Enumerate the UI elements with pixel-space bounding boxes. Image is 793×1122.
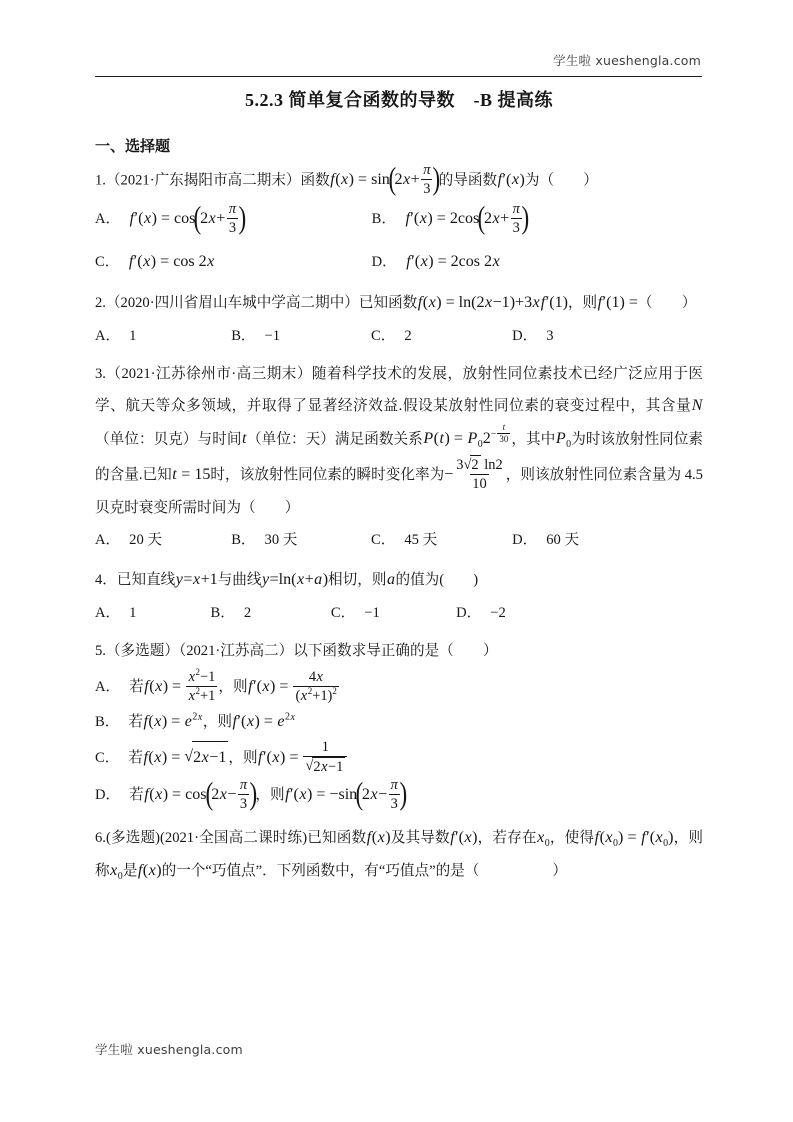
radicand: 2 [470, 455, 480, 474]
option-content: 若f(x) = x2−1x2+1，则f′(x) = 4x(x2+1)2 [129, 679, 340, 695]
math-text: − [227, 786, 236, 803]
radical-sign: √ [463, 456, 471, 474]
math-expression: x0 [537, 829, 550, 846]
footer-watermark: 学生啦 xueshengla.com [95, 1040, 243, 1058]
math-text: ) = [163, 678, 185, 695]
text-run: ，则 [218, 679, 247, 695]
math-text: ( [149, 786, 154, 803]
math-variable: x [154, 749, 162, 766]
numerator: π [421, 161, 433, 179]
math-text: ( [148, 749, 153, 766]
math-text: ′( [134, 253, 143, 270]
big-paren: ) [238, 201, 246, 233]
text-run: 为（ ） [525, 172, 598, 188]
option-label: B． [231, 532, 255, 548]
math-variable: P [555, 430, 566, 447]
big-paren: ) [400, 777, 408, 809]
big-paren: ) [522, 201, 530, 233]
math-expression: y=x+1 [175, 571, 217, 588]
math-expression: f′(x) = cos(2x+π3) [129, 210, 244, 227]
math-variable: x [492, 253, 500, 270]
text-run: 与曲线 [218, 572, 262, 588]
question-block-q1: 1.（2021·广东揭阳市高二期末）函数f(x) = sin(2x+π3)的导函… [95, 162, 703, 279]
fraction: 1√2x−1 [303, 738, 347, 776]
options-group: A．若f(x) = x2−1x2+1，则f′(x) = 4x(x2+1)2B．若… [95, 669, 703, 814]
math-expression: f(x0) = f′(x0) [594, 829, 673, 846]
math-expression: t = 15 [172, 466, 211, 483]
option-label: A． [95, 211, 120, 227]
math-variable: x [110, 862, 118, 879]
text-run: 2.（2020·四川省眉山车城中学高二期中）已知函数 [95, 295, 417, 311]
math-text: − [444, 466, 453, 483]
text-run: 若 [129, 787, 144, 803]
math-variable: e [277, 713, 285, 730]
big-paren: ( [205, 777, 213, 809]
superscript: 2x [192, 712, 202, 723]
text-run: 及其导数 [391, 830, 450, 846]
math-variable: x [316, 669, 323, 685]
option-content: 60 天 [546, 532, 579, 548]
math-expression: f′(x) = e2x [232, 713, 295, 730]
question-stem: 1.（2021·广东揭阳市高二期末）函数f(x) = sin(2x+π3)的导函… [95, 162, 703, 199]
radicand: 2x−1 [192, 741, 228, 775]
denominator: 3 [238, 794, 249, 813]
big-paren: ) [432, 162, 440, 194]
big-paren: ( [356, 777, 364, 809]
math-text: ′( [410, 210, 419, 227]
option-content: 20 天 [129, 532, 162, 548]
option: A．f′(x) = cos(2x+π3) [95, 201, 372, 238]
math-text: ) = [254, 713, 276, 730]
text-run: 1.（2021·广东揭阳市高二期末）函数 [95, 172, 330, 188]
math-expression: f′(x) [497, 171, 525, 188]
math-variable: x [300, 688, 307, 704]
text-run: 2 [244, 605, 251, 621]
text-run: 的导函数 [439, 172, 497, 188]
option-label: B． [95, 714, 119, 730]
denominator: 3 [389, 794, 400, 813]
math-text: ′( [455, 829, 464, 846]
math-text: ′(1) = [603, 294, 638, 311]
math-expression: N [691, 397, 703, 414]
math-text: 2 [313, 759, 320, 775]
fraction: x2−1x2+1 [186, 668, 217, 705]
math-variable: π [390, 777, 398, 793]
math-variable: N [691, 397, 703, 414]
text-run: 20 天 [129, 532, 162, 548]
math-expression: f′(x) = 2cos 2x [406, 253, 500, 270]
math-text: − [491, 429, 497, 440]
option: D．60 天 [512, 526, 703, 556]
option-label: C． [331, 605, 355, 621]
denominator: 3 [421, 179, 432, 198]
option-label: C． [371, 532, 395, 548]
math-variable: x [511, 171, 519, 188]
option-label: C． [95, 254, 119, 270]
option: B．f′(x) = 2cos(2x+π3) [372, 201, 703, 238]
option-content: 若f(x) = cos(2x−π3)，则f′(x) = −sin(2x−π3) [129, 787, 406, 803]
math-text: ) = [280, 749, 302, 766]
math-expression: f′(x) = −sin(2x−π3) [285, 786, 407, 803]
math-variable: x [262, 678, 270, 695]
header-watermark: 学生啦 xueshengla.com [553, 51, 701, 69]
math-text: 2 [200, 210, 208, 227]
math-expression: f(x) = x2−1x2+1 [144, 678, 219, 695]
option: D．−2 [456, 599, 703, 629]
denominator: x2+1 [186, 686, 217, 705]
text-run: 2 [404, 328, 411, 344]
square-root: √2 [463, 455, 480, 474]
math-expression: f′(1) = [597, 294, 638, 311]
numerator: t [500, 422, 508, 433]
math-text: ( [148, 713, 153, 730]
options-group: A．f′(x) = cos(2x+π3)B．f′(x) = 2cos(2x+π3… [95, 201, 703, 279]
math-text: + [500, 210, 509, 227]
text-run: 时，该放射性同位素的瞬时变化率为 [210, 467, 444, 483]
math-text: 2 [332, 686, 336, 696]
math-expression: P(t) = P02−t30 [423, 430, 512, 447]
text-run: 的一个“巧值点”．下列函数中，有“巧值点”的是（ ） [162, 863, 567, 879]
math-text: + [305, 571, 314, 588]
math-text: ′( [411, 253, 420, 270]
math-text: −1 [328, 759, 343, 775]
worksheet-page: 学生啦 xueshengla.com 5.2.3 简单复合函数的导数 -B 提高… [0, 0, 793, 1122]
option: C．f′(x) = cos 2x [95, 246, 372, 279]
option-label: D． [512, 532, 537, 548]
option-content: f′(x) = 2cos(2x+π3) [405, 211, 528, 227]
text-run: −1 [265, 328, 281, 344]
math-text: ) = sin [349, 171, 390, 188]
option: D．3 [512, 322, 703, 352]
math-text: 3 [513, 220, 520, 236]
question-block-q3: 3.（2021·江苏徐州市·高三期末）随着科学技术的发展，放射性同位素技术已经广… [95, 360, 703, 556]
options-group: A．1B．2C．−1D．−2 [95, 599, 703, 629]
fraction: t30 [497, 422, 510, 445]
math-expression: f′(x) = 2cos(2x+π3) [405, 210, 528, 227]
question-block-q5: 5.（多选题）（2021·江苏高二）以下函数求导正确的是（ ）A．若f(x) =… [95, 637, 703, 814]
option-label: A． [95, 532, 120, 548]
option: A．1 [95, 322, 231, 352]
math-text: 4 [309, 669, 316, 685]
denominator: 10 [470, 474, 488, 493]
math-expression: P0 [555, 430, 571, 447]
option-content: −1 [364, 605, 380, 621]
text-run: 1 [129, 605, 136, 621]
math-text: ( [335, 171, 340, 188]
big-paren: ( [194, 201, 202, 233]
math-variable: x [403, 171, 411, 188]
math-variable: x [188, 688, 195, 704]
options-group: A．1B．−1C．2D．3 [95, 322, 703, 352]
question-stem: 2.（2020·四川省眉山车城中学高二期中）已知函数f(x) = ln(2x−1… [95, 287, 703, 320]
text-run: 1 [129, 328, 136, 344]
math-variable: x [143, 210, 151, 227]
math-text: 3 [391, 796, 398, 812]
math-text: 10 [472, 476, 486, 492]
text-run: ，则 [568, 295, 597, 311]
math-text: ′( [290, 786, 299, 803]
option-content: 3 [546, 328, 553, 344]
question-block-q4: 4．已知直线y=x+1与曲线y=ln(x+a)相切，则a的值为( )A．1B．2… [95, 564, 703, 629]
question-block-q2: 2.（2020·四川省眉山车城中学高二期中）已知函数f(x) = ln(2x−1… [95, 287, 703, 352]
option: A．20 天 [95, 526, 231, 556]
fraction: π3 [226, 200, 238, 237]
math-expression: y=ln(x+a) [261, 571, 328, 588]
denominator: 3 [511, 218, 522, 237]
superscript: 2 [332, 686, 336, 696]
math-variable: x [428, 294, 436, 311]
header-rule [95, 76, 702, 77]
text-run: （单位：天）满足函数关系 [247, 431, 423, 447]
math-expression: −3√2 ln210 [444, 466, 506, 483]
option: C．45 天 [371, 526, 512, 556]
fraction: 3√2 ln210 [454, 455, 504, 493]
option-content: 若f(x) = e2x，则f′(x) = e2x [128, 714, 295, 730]
question-stem: 6.(多选题)(2021·全国高二课时练)已知函数f(x)及其导数f′(x)，若… [95, 822, 703, 888]
math-expression: f(x) = e2x [143, 713, 203, 730]
option-content: 若f(x) = √2x−1，则f′(x) = 1√2x−1 [128, 750, 348, 766]
option-content: f′(x) = cos(2x+π3) [129, 211, 244, 227]
text-run: 若 [128, 714, 143, 730]
denominator: 3 [227, 218, 238, 237]
math-variable: x [143, 253, 151, 270]
option: B．2 [211, 599, 331, 629]
denominator: (x2+1)2 [293, 686, 338, 705]
question-block-q6: 6.(多选题)(2021·全国高二课时练)已知函数f(x)及其导数f′(x)，若… [95, 822, 703, 888]
option-content: 45 天 [404, 532, 437, 548]
math-expression: f(x) = sin(2x+π3) [330, 171, 439, 188]
fraction: 4x(x2+1)2 [293, 668, 338, 705]
math-text: ) = 2cos [427, 210, 479, 227]
numerator: 1 [320, 738, 331, 756]
math-variable: x [321, 759, 328, 775]
section-heading: 一、选择题 [95, 135, 703, 156]
text-run: 相切，则 [328, 572, 386, 588]
superscript: 2x [285, 712, 295, 723]
option-label: C． [95, 750, 119, 766]
math-text: ) = 2cos 2 [428, 253, 492, 270]
math-text: 3 [229, 220, 236, 236]
fraction: π3 [237, 776, 249, 813]
math-text: +1 [201, 571, 218, 588]
text-run: 3 [546, 328, 553, 344]
math-variable: x [299, 786, 307, 803]
math-text: 3 [456, 457, 463, 473]
math-variable: π [228, 201, 236, 217]
math-text: 2 [483, 430, 491, 447]
option: C．若f(x) = √2x−1，则f′(x) = 1√2x−1 [95, 739, 703, 777]
radical-sign: √ [184, 741, 193, 774]
math-expression: f(x) = ln(2x−1)+3xf′(1) [417, 294, 568, 311]
math-expression: f′(x) = 4x(x2+1)2 [248, 678, 340, 695]
math-text: = 15 [177, 466, 210, 483]
math-expression: f′(x) [450, 829, 478, 846]
numerator: 4x [307, 668, 326, 686]
math-text: 3 [423, 181, 430, 197]
denominator: 30 [497, 433, 510, 445]
math-variable: x [485, 294, 493, 311]
math-text: −1 [209, 749, 226, 766]
text-run: 45 天 [404, 532, 437, 548]
option: D．f′(x) = 2cos 2x [372, 246, 703, 279]
text-run: −1 [364, 605, 380, 621]
option-label: C． [371, 328, 395, 344]
text-run: ，其中 [511, 431, 555, 447]
math-text: 1 [322, 739, 329, 755]
math-variable: x [290, 712, 295, 723]
square-root: √2x−1 [184, 741, 228, 775]
math-variable: x [192, 571, 200, 588]
math-text: ) = cos 2 [151, 253, 207, 270]
math-text: + [216, 210, 225, 227]
radical-sign: √ [305, 757, 313, 775]
text-run: −2 [490, 605, 506, 621]
math-variable: t [502, 422, 506, 432]
math-expression: f(x) [137, 862, 161, 879]
math-expression: x0 [110, 862, 123, 879]
question-stem: 4．已知直线y=x+1与曲线y=ln(x+a)相切，则a的值为( ) [95, 564, 703, 597]
math-text: −1 [200, 669, 215, 685]
math-text: +1) [312, 688, 332, 704]
option-content: f′(x) = 2cos 2x [406, 254, 500, 270]
math-variable: y [261, 571, 269, 588]
math-expression: f(x) = √2x−1 [143, 749, 228, 766]
superscript: −t30 [491, 429, 512, 440]
math-variable: x [655, 829, 663, 846]
numerator: x2−1 [186, 668, 217, 686]
math-text: ( [149, 678, 154, 695]
option-label: A． [95, 605, 120, 621]
worksheet-content: 5.2.3 简单复合函数的导数 -B 提高练 一、选择题 1.（2021·广东揭… [95, 86, 703, 892]
numerator: 3√2 ln2 [454, 455, 504, 474]
option: A．1 [95, 599, 211, 629]
option-label: B． [372, 211, 396, 227]
math-text: ) = [618, 829, 641, 846]
big-paren: ) [249, 777, 257, 809]
options-group: A．20 天B．30 天C．45 天D．60 天 [95, 526, 703, 556]
math-variable: π [423, 162, 431, 178]
text-run: 若 [128, 750, 143, 766]
math-text: ) = cos [163, 786, 207, 803]
option: D．若f(x) = cos(2x−π3)，则f′(x) = −sin(2x−π3… [95, 777, 703, 814]
math-text: 2 [193, 749, 201, 766]
text-run: 6.(多选题)(2021·全国高二课时练)已知函数 [95, 830, 366, 846]
math-variable: π [512, 201, 520, 217]
text-run: ，则 [203, 714, 232, 730]
text-run: ，若存在 [477, 830, 536, 846]
math-text: ) = [162, 713, 184, 730]
math-variable: x [188, 669, 195, 685]
option: A．若f(x) = x2−1x2+1，则f′(x) = 4x(x2+1)2 [95, 669, 703, 706]
text-run: 的值为( ) [395, 572, 478, 588]
math-text: ′( [237, 713, 246, 730]
math-variable: x [420, 253, 428, 270]
option-label: D． [95, 787, 120, 803]
option-content: 1 [129, 605, 136, 621]
option-label: A． [95, 679, 120, 695]
math-variable: x [605, 829, 613, 846]
text-run: 是 [123, 863, 138, 879]
option-label: D． [512, 328, 537, 344]
fraction: π3 [421, 161, 433, 198]
math-variable: P [423, 430, 434, 447]
math-text: 3 [240, 796, 247, 812]
math-expression: f′(x) = 1√2x−1 [258, 749, 349, 766]
big-paren: ( [388, 162, 396, 194]
math-text: − [378, 786, 387, 803]
math-text: ) = cos [152, 210, 196, 227]
option: C．−1 [331, 599, 456, 629]
option-label: B． [211, 605, 235, 621]
math-text: ′( [253, 678, 262, 695]
text-run: ，使得 [550, 830, 594, 846]
math-variable: x [464, 829, 472, 846]
option-content: −1 [265, 328, 281, 344]
option-label: A． [95, 328, 120, 344]
numerator: π [237, 776, 249, 794]
math-text: 2 [471, 457, 478, 473]
math-variable: x [341, 171, 349, 188]
text-run: 5.（多选题）（2021·江苏高二）以下函数求导正确的是（ ） [95, 643, 498, 659]
option-content: −2 [490, 605, 506, 621]
math-expression: f(x) [366, 829, 390, 846]
text-run: 3.（2021·江苏徐州市·高三期末）随着科学技术的发展，放射性同位素技术已经广… [95, 366, 703, 414]
option-content: 2 [404, 328, 411, 344]
text-run: 60 天 [546, 532, 579, 548]
math-text: ′(1) [546, 294, 568, 311]
math-variable: a [314, 571, 323, 588]
math-variable: π [239, 777, 247, 793]
math-variable: x [272, 749, 280, 766]
radicand: 2x−1 [312, 757, 345, 776]
option-content: f′(x) = cos 2x [128, 254, 214, 270]
math-text: ′( [646, 829, 655, 846]
math-variable: x [370, 786, 378, 803]
math-text: =ln( [270, 571, 297, 588]
option: C．2 [371, 322, 512, 352]
text-run: （单位：贝克）与时间 [95, 431, 242, 447]
option-label: D． [372, 254, 397, 270]
math-expression: f(x) = cos(2x−π3) [144, 786, 256, 803]
question-list: 1.（2021·广东揭阳市高二期末）函数f(x) = sin(2x+π3)的导函… [95, 162, 703, 888]
big-paren: ( [478, 201, 486, 233]
option-content: 30 天 [265, 532, 298, 548]
math-variable: x [207, 253, 215, 270]
math-variable: x [296, 571, 304, 588]
math-text: ) = −sin [307, 786, 357, 803]
math-text: +1 [200, 688, 215, 704]
math-variable: x [154, 713, 162, 730]
option: B．30 天 [231, 526, 371, 556]
option-content: 2 [244, 605, 251, 621]
text-run: （ ） [638, 295, 696, 311]
numerator: π [226, 200, 238, 218]
math-variable: x [155, 678, 163, 695]
math-text: ) = [270, 678, 292, 695]
text-run: 4．已知直线 [95, 572, 175, 588]
text-run: ，则 [228, 750, 257, 766]
option: B．若f(x) = e2x，则f′(x) = e2x [95, 706, 703, 739]
math-text: ′( [263, 749, 272, 766]
math-text: ) = ln(2 [436, 294, 484, 311]
math-variable: x [155, 786, 163, 803]
math-variable: P [467, 430, 478, 447]
page-title: 5.2.3 简单复合函数的导数 -B 提高练 [95, 86, 703, 112]
denominator: √2x−1 [303, 756, 347, 776]
option: B．−1 [231, 322, 371, 352]
math-variable: x [537, 829, 545, 846]
question-stem: 5.（多选题）（2021·江苏高二）以下函数求导正确的是（ ） [95, 637, 703, 667]
